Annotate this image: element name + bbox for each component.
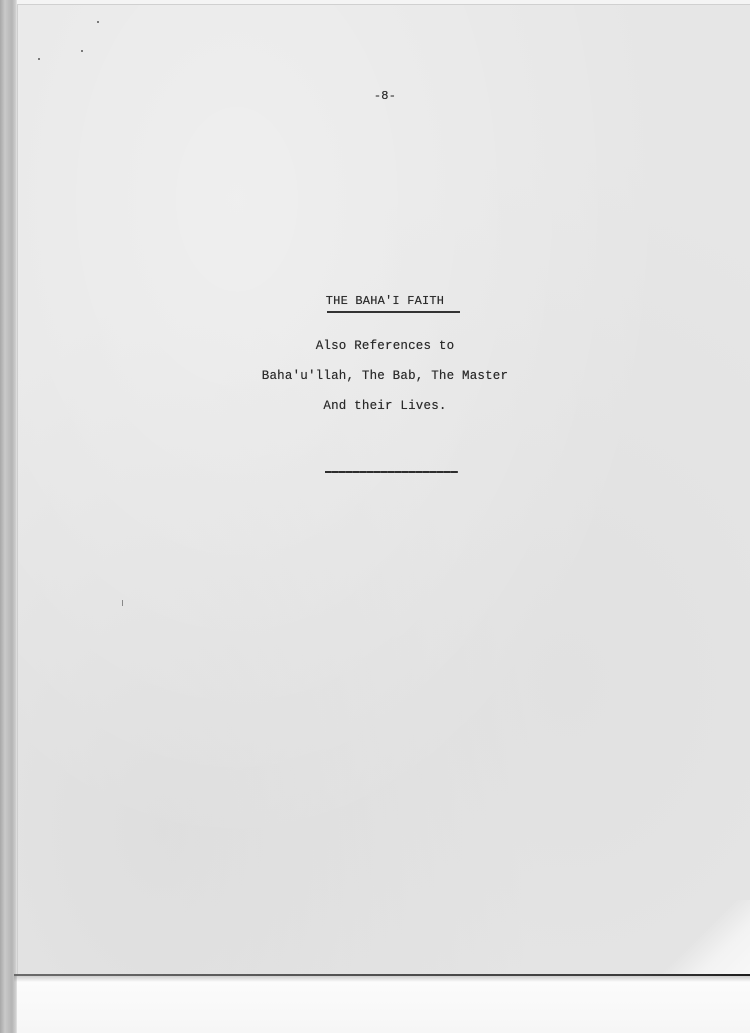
title-underline: [327, 311, 460, 313]
section-divider-rule: [325, 471, 458, 473]
subtitle-line: And their Lives.: [0, 399, 750, 413]
page-number: -8-: [0, 89, 750, 103]
dust-speck: [97, 21, 99, 23]
dust-speck: [81, 50, 83, 52]
page-title: THE BAHA'I FAITH: [0, 294, 750, 308]
scanner-edge-strip: [0, 0, 17, 1033]
subtitle-line: Baha'u'llah, The Bab, The Master: [0, 369, 750, 383]
scanned-paper-page: [17, 4, 750, 976]
paper-bottom-shadow: [14, 976, 750, 982]
paper-corner-highlight: [660, 900, 750, 975]
dust-speck: [122, 600, 123, 606]
dust-speck: [38, 58, 40, 60]
subtitle-line: Also References to: [0, 339, 750, 353]
